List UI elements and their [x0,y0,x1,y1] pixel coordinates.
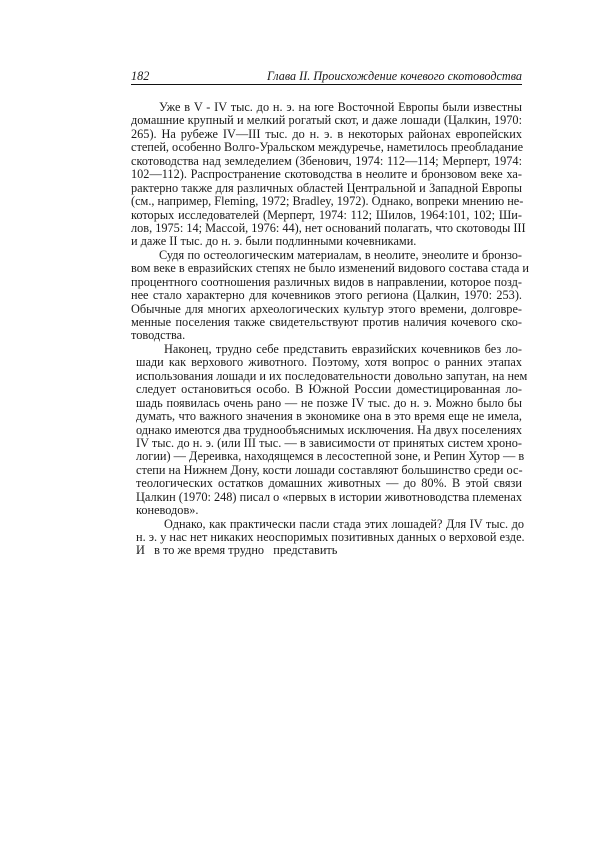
text-line: логии) — Дереивка, находящемся в лесосте… [136,450,522,463]
text-line: менные поселения также свидетельствуют п… [131,316,522,329]
text-line: Однако, как практически пасли стада этих… [136,518,524,531]
body-text: Уже в V - IV тыс. до н. э. на юге Восточ… [0,101,600,558]
text-line: Уже в V - IV тыс. до н. э. на юге Восточ… [131,101,522,114]
text-line: следует остановиться особо. В Южной Росс… [136,383,522,396]
text-line: и даже II тыс. до н. э. были подлинными … [131,235,522,248]
text-line: (см., например, Fleming, 1972; Bradley, … [131,195,522,208]
text-line: думать, что важного значения в экономике… [136,410,522,423]
text-line: шадь появилась очень рано — не позже IV … [136,397,522,410]
text-line: IV тыс. до н. э. (или III тыс. — в завис… [136,437,522,450]
text-line: товодства. [131,329,522,342]
text-line: коневодов». [136,504,522,517]
text-line: 102—112). Распространение скотоводства в… [131,168,522,181]
text-line: нее стало характерно для кочевников этог… [131,289,522,302]
text-line: Наконец, трудно себе представить евразий… [136,343,522,356]
text-line: скотоводства над земледелием (Збенович, … [131,155,522,168]
text-line: Обычные для многих археологических культ… [131,303,522,316]
text-line: степей, особенно Волго-Уральском междуре… [131,141,522,154]
text-line: однако имеются два труднообъяснимых искл… [136,424,522,437]
paragraph-2: Судя по остеологическим материалам, в не… [131,249,522,343]
chapter-title: Глава II. Происхождение кочевого скотово… [267,70,522,83]
text-line: теологических остатков домашних животных… [136,477,522,490]
text-line: домашние крупный и мелкий рогатый скот, … [131,114,522,127]
running-header: 182 Глава II. Происхождение кочевого ско… [131,70,522,85]
text-line: шади как верхового животного. Поэтому, х… [136,356,522,369]
paragraph-3: Наконец, трудно себе представить евразий… [136,343,522,518]
text-line: 265). На рубеже IV—III тыс. до н. э. в н… [131,128,522,141]
paragraph-4: Однако, как практически пасли стада этих… [136,518,524,558]
text-line: лов, 1975: 14; Массой, 1976: 44), нет ос… [131,222,522,235]
text-line: Судя по остеологическим материалам, в не… [131,249,522,262]
text-line: степи на Нижнем Дону, кости лошади соста… [136,464,522,477]
text-line: н. э. у нас нет никаких неоспоримых пози… [136,531,524,544]
book-page: 182 Глава II. Происхождение кочевого ско… [0,0,600,849]
text-line: рактерно также для различных областей Це… [131,182,522,195]
text-line: использования лошади и их последовательн… [136,370,522,383]
text-line: Цалкин (1970: 248) писал о «первых в ист… [136,491,522,504]
paragraph-1: Уже в V - IV тыс. до н. э. на юге Восточ… [131,101,522,249]
text-line: И в то же время трудно представить [136,544,524,557]
text-line: процентного соотношения различных видов … [131,276,522,289]
text-line: вом веке в евразийских степях не было из… [131,262,522,275]
text-line: которых исследователей (Мерперт, 1974: 1… [131,209,522,222]
page-number: 182 [131,70,149,83]
